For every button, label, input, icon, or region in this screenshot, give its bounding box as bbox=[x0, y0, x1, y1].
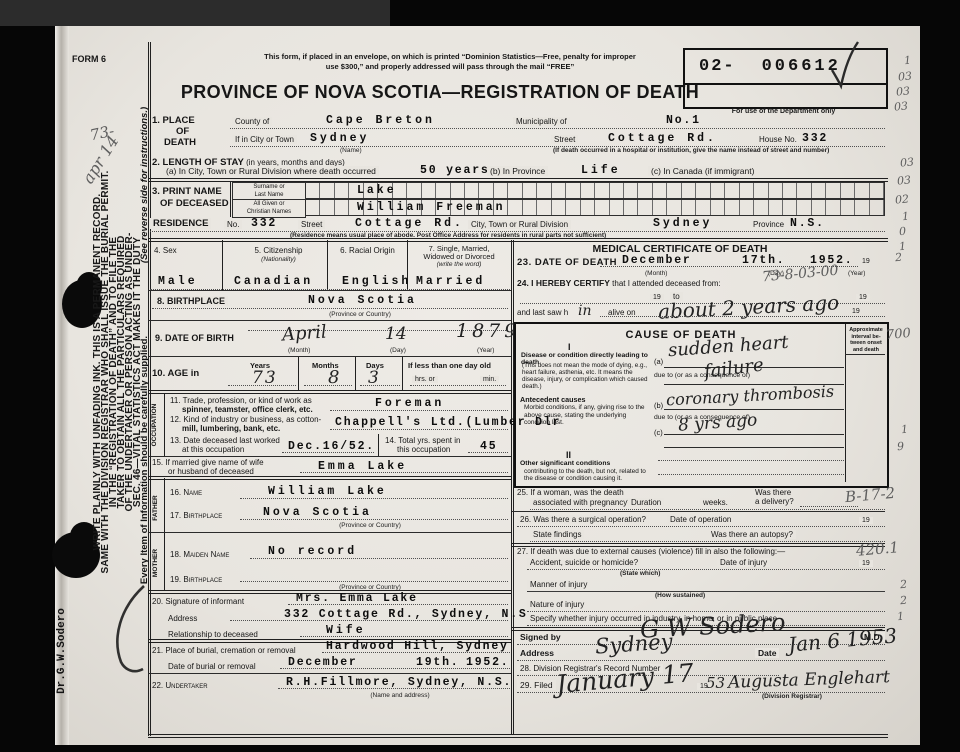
cause-b-hw: coronary thrombosis bbox=[666, 382, 835, 410]
cause-c-hw: 8 yrs ago bbox=[677, 410, 758, 435]
s1-label2: OF bbox=[176, 126, 189, 137]
divider bbox=[298, 357, 299, 390]
rule bbox=[148, 456, 511, 457]
residence-division-label: City, Town or Rural Division bbox=[468, 220, 571, 229]
findings-label: State findings bbox=[530, 530, 584, 539]
line bbox=[278, 688, 510, 689]
surname-value: Lake bbox=[357, 184, 397, 197]
printed-19: 19 bbox=[859, 560, 873, 567]
form-title: PROVINCE OF NOVA SCOTIA—REGISTRATION OF … bbox=[168, 82, 712, 103]
manner-label: Manner of injury bbox=[527, 580, 590, 589]
printed-19: 19 bbox=[859, 517, 873, 524]
line bbox=[230, 620, 508, 621]
line bbox=[228, 385, 296, 386]
signed-address-label: Address bbox=[517, 648, 557, 658]
street-label: Street bbox=[551, 135, 578, 144]
min-label: min. bbox=[480, 376, 499, 383]
s11-label1: 11. Trade, profession, or kind of work a… bbox=[170, 396, 312, 405]
sex-value: Male bbox=[158, 275, 198, 288]
weeks-label: weeks. bbox=[700, 498, 731, 507]
disease-note: (This does not mean the mode of dying, e… bbox=[522, 362, 650, 390]
operation-label: 26. Was there a surgical operation? bbox=[517, 515, 649, 524]
last-saw-label: and last saw h bbox=[517, 308, 568, 317]
s1-row-county: County of Cape Breton Municipality of No… bbox=[230, 112, 885, 129]
interval-header1: Approximate bbox=[846, 327, 886, 334]
s11-label2: spinner, teamster, office clerk, etc. bbox=[182, 405, 313, 414]
printed-19: 19 bbox=[862, 258, 870, 265]
surname-label2: Last Name bbox=[233, 191, 305, 199]
margin-annotation: 1 bbox=[903, 54, 911, 68]
line bbox=[300, 636, 508, 637]
residence-label: RESIDENCE bbox=[150, 218, 211, 229]
name-caption: (Name) bbox=[340, 147, 362, 154]
rule bbox=[148, 532, 511, 533]
margin-annotation: 1 bbox=[901, 210, 909, 224]
rule bbox=[148, 673, 511, 674]
line bbox=[240, 498, 508, 499]
s13-label1: 13. Date deceased last worked bbox=[170, 436, 280, 445]
line bbox=[250, 558, 508, 559]
racial-origin-label: 6. Racial Origin bbox=[330, 246, 405, 255]
registration-number-prefix: 02- bbox=[699, 57, 736, 76]
other-label: Other significant conditions bbox=[520, 460, 610, 467]
s3-label1: 3. PRINT NAME bbox=[152, 186, 222, 197]
accident-row: Accident, suicide or homicide? Date of i… bbox=[527, 556, 885, 570]
due-to-hw1: failure bbox=[703, 354, 765, 382]
relationship-label: Relationship to deceased bbox=[168, 630, 258, 639]
filed-label: 29. Filed bbox=[517, 680, 556, 690]
birthplace-row: 8. BIRTHPLACE Nova Scotia bbox=[152, 294, 508, 309]
autopsy-label: Was there an autopsy? bbox=[708, 530, 796, 539]
divider bbox=[230, 181, 231, 217]
city-label: If in City or Town bbox=[232, 135, 297, 144]
occupation-value: Foreman bbox=[375, 397, 444, 410]
certify-label-bold: 24. I HEREBY CERTIFY bbox=[517, 278, 610, 288]
father-birthplace-caption: (Province or Country) bbox=[310, 522, 430, 529]
father-name-value: William Lake bbox=[268, 485, 387, 498]
line bbox=[280, 668, 510, 669]
line bbox=[322, 652, 510, 653]
birth-month-hw: April bbox=[281, 321, 327, 345]
birthplace-label: 8. BIRTHPLACE bbox=[154, 296, 228, 306]
citizenship-label: 5. Citizenship bbox=[232, 246, 325, 255]
delivery-label1: Was there bbox=[755, 488, 791, 497]
s13-label2: at this occupation bbox=[182, 445, 244, 454]
city-value: Sydney bbox=[310, 132, 369, 145]
line bbox=[330, 429, 508, 430]
form-number: FORM 6 bbox=[72, 54, 106, 64]
marital-caption: (write the word) bbox=[409, 261, 509, 268]
county-value: Cape Breton bbox=[326, 114, 435, 127]
line bbox=[240, 519, 508, 520]
month-caption: (Month) bbox=[288, 347, 310, 354]
margin-annotation: 0 bbox=[898, 225, 906, 239]
birth-day-hw: 14 bbox=[385, 324, 407, 344]
signed-by-label: Signed by bbox=[517, 632, 564, 642]
operation-date-label: Date of operation bbox=[667, 515, 734, 524]
nature-label: Nature of injury bbox=[527, 600, 587, 609]
burial-place-label: 21. Place of burial, cremation or remova… bbox=[152, 646, 296, 655]
mother-birthplace-label: 19. Birthplace bbox=[170, 575, 222, 584]
row-4-7-values: Male Canadian English Married bbox=[150, 274, 510, 290]
form-bottom-border bbox=[148, 734, 888, 738]
s14-label1: 14. Total yrs. spent in bbox=[385, 436, 460, 445]
informant-label: 20. Signature of informant bbox=[152, 597, 244, 606]
interval-header4: and death bbox=[846, 347, 886, 354]
margin-annotation: 2 bbox=[899, 594, 907, 608]
racial-origin-value: English bbox=[342, 275, 411, 288]
pregnancy-row: associated with pregnancy? Duration week… bbox=[530, 496, 885, 510]
interval-header3: tween onset bbox=[846, 340, 886, 347]
roman-two: II bbox=[566, 450, 571, 460]
father-side-label: FATHER bbox=[152, 485, 162, 531]
manner-row: Manner of injury bbox=[527, 578, 885, 592]
filed-year-hw: 53 bbox=[706, 674, 725, 692]
date-injury-label: Date of injury bbox=[717, 558, 770, 567]
line bbox=[240, 581, 508, 582]
roman-one: I bbox=[568, 342, 571, 352]
residence-division-value: Sydney bbox=[653, 217, 712, 230]
printed-19: 19 bbox=[852, 308, 860, 315]
street-value: Cottage Rd. bbox=[608, 132, 717, 145]
duration-label: Duration bbox=[628, 498, 664, 507]
s2-row: (a) In City, Town or Rural Division wher… bbox=[163, 164, 885, 179]
undertaker-label: 22. Undertaker bbox=[152, 681, 208, 690]
residence-no-label: No. bbox=[224, 220, 242, 229]
birthplace-value: Nova Scotia bbox=[308, 294, 417, 307]
line bbox=[800, 506, 858, 507]
divider bbox=[378, 434, 379, 457]
line bbox=[664, 434, 844, 435]
line bbox=[330, 410, 508, 411]
other-note: contributing to the death, but not, rela… bbox=[524, 468, 650, 482]
rule bbox=[148, 356, 511, 357]
mail-notice-line1: This form, if placed in an envelope, on … bbox=[190, 52, 710, 61]
s1-label3: DEATH bbox=[164, 137, 196, 148]
margin-annotation: 03 bbox=[895, 84, 910, 98]
rule bbox=[845, 354, 885, 355]
checkmark bbox=[826, 38, 862, 92]
margin-annotation: 700 bbox=[885, 326, 911, 343]
mother-maiden-value: No record bbox=[268, 545, 357, 558]
cause-a-label: (a) bbox=[654, 357, 663, 366]
hrs-label: hrs. or bbox=[412, 376, 438, 383]
date-of-birth-label: 9. DATE OF BIRTH bbox=[155, 333, 234, 343]
line bbox=[300, 472, 508, 473]
printed-19: 19 bbox=[856, 294, 870, 301]
pen-stroke bbox=[108, 582, 152, 678]
cause-b-label: (b) bbox=[654, 401, 663, 410]
scanned-death-registration: FORM 6 73- apr 14 WRITE PLAINLY WITH UNF… bbox=[0, 0, 960, 752]
s14-label2: this occupation bbox=[397, 445, 450, 454]
citizenship-value: Canadian bbox=[234, 275, 313, 288]
s15-label2: or husband of deceased bbox=[168, 467, 254, 476]
cause-c-label: (c) bbox=[654, 428, 663, 437]
divider bbox=[164, 478, 165, 590]
residence-street-label: Street bbox=[298, 220, 325, 229]
operation-row: 26. Was there a surgical operation? Date… bbox=[517, 513, 885, 527]
stay-canada-label: (c) In Canada (if immigrant) bbox=[648, 166, 757, 176]
line bbox=[658, 474, 844, 475]
margin-annotation: 1 bbox=[900, 423, 908, 437]
accident-label: Accident, suicide or homicide? bbox=[527, 558, 641, 567]
s1-row-city: If in City or Town Sydney Street Cottage… bbox=[230, 130, 885, 147]
father-birthplace-label: 17. Birthplace bbox=[170, 511, 222, 520]
less-than-day-label: If less than one day old bbox=[408, 361, 491, 370]
s15-label1: 15. If married give name of wife bbox=[152, 458, 264, 467]
rule bbox=[512, 511, 885, 512]
birthplace-caption: (Province or Country) bbox=[300, 311, 420, 318]
scan-artifact bbox=[0, 0, 390, 26]
statute-sidebar-text: WRITE PLAINLY WITH UNFADING INK. THIS IS… bbox=[94, 112, 142, 632]
marital-value: Married bbox=[416, 275, 485, 288]
margin-annotation: 02 bbox=[894, 192, 909, 206]
last-saw-him-hw: in bbox=[578, 303, 592, 319]
form-left-border bbox=[148, 42, 151, 736]
cause-of-death-box: Approximate interval be- tween onset and… bbox=[514, 322, 889, 488]
given-label1: All Given or bbox=[233, 200, 305, 208]
mother-maiden-label: 18. Maiden Name bbox=[170, 550, 229, 559]
line bbox=[664, 447, 844, 448]
given-names-value: William Freeman bbox=[357, 201, 506, 214]
hrs-min-row: hrs. or min. bbox=[410, 372, 506, 386]
given-label2: Christian Names bbox=[233, 208, 305, 216]
division-registrar-caption: (Division Registrar) bbox=[762, 693, 822, 700]
residence-no-value: 332 bbox=[251, 217, 277, 230]
line bbox=[360, 385, 400, 386]
county-label: County of bbox=[232, 117, 272, 126]
father-birthplace-value: Nova Scotia bbox=[263, 506, 372, 519]
house-no-value: 332 bbox=[802, 132, 828, 145]
informant-address-label: Address bbox=[168, 614, 197, 623]
line bbox=[468, 452, 508, 453]
surname-label1: Surname or bbox=[233, 183, 305, 191]
certify-label: that I attended deceased from: bbox=[612, 279, 721, 288]
stay-city-label: (a) In City, Town or Rural Division wher… bbox=[163, 166, 379, 176]
residence-province-value: N.S. bbox=[790, 217, 825, 230]
residence-province-label: Province bbox=[750, 220, 787, 229]
s25-label2: associated with pregnancy? bbox=[530, 498, 635, 507]
rule bbox=[148, 290, 511, 291]
year-caption: (Year) bbox=[477, 347, 494, 354]
residence-street-value: Cottage Rd. bbox=[355, 217, 464, 230]
signed-date-label: Date bbox=[755, 648, 779, 658]
marital-label2: Widowed or Divorced bbox=[409, 252, 509, 261]
residence-row: RESIDENCE No. 332 Street Cottage Rd. Cit… bbox=[150, 216, 885, 232]
birth-year-hw: 1879 bbox=[456, 320, 520, 342]
occupation-side-label: OCCUPATION bbox=[151, 395, 161, 455]
line bbox=[304, 385, 352, 386]
s3-label2: OF DECEASED bbox=[160, 198, 229, 209]
s12-label1: 12. Kind of industry or business, as cot… bbox=[170, 415, 321, 424]
line bbox=[288, 604, 508, 605]
line bbox=[282, 452, 374, 453]
margin-annotation: 2 bbox=[894, 251, 902, 265]
sex-label: 4. Sex bbox=[154, 246, 177, 255]
margin-annotation: 03 bbox=[893, 99, 908, 113]
line bbox=[600, 316, 885, 317]
antecedent-label: Antecedent causes bbox=[520, 395, 586, 404]
municipality-value: No.1 bbox=[666, 114, 701, 127]
external-causes-label: 27. If death was due to external causes … bbox=[517, 547, 785, 556]
nationality-caption: (Nationality) bbox=[232, 256, 325, 263]
s1-label1: 1. PLACE bbox=[152, 115, 195, 126]
divider bbox=[164, 393, 165, 456]
municipality-label: Municipality of bbox=[513, 117, 570, 126]
name-label-box: Surname or Last Name All Given or Christ… bbox=[232, 182, 306, 218]
year-caption: (Year) bbox=[848, 270, 865, 277]
margin-annotation: 420.1 bbox=[855, 538, 899, 560]
mother-side-label: MOTHER bbox=[152, 539, 162, 587]
stay-province-value: Life bbox=[581, 164, 621, 177]
divider bbox=[402, 357, 403, 390]
findings-row: State findings Was there an autopsy? bbox=[530, 528, 885, 542]
rule bbox=[148, 238, 888, 242]
rule bbox=[148, 476, 511, 480]
divider bbox=[355, 357, 356, 390]
burial-date-label: Date of burial or removal bbox=[168, 662, 256, 671]
stay-province-label: (b) In Province bbox=[487, 166, 548, 176]
undertaker-caption: (Name and address) bbox=[330, 692, 470, 699]
house-no-label: House No. bbox=[756, 135, 800, 144]
state-which-caption: (State which) bbox=[620, 570, 660, 577]
s12-label2: mill, lumbering, bank, etc. bbox=[182, 424, 280, 433]
mail-notice-line2: use $300,” and properly addressed will p… bbox=[190, 62, 710, 71]
month-caption: (Month) bbox=[645, 270, 667, 277]
line bbox=[658, 460, 844, 461]
margin-annotation: 9 bbox=[896, 440, 904, 454]
nature-row: Nature of injury bbox=[527, 598, 885, 612]
margin-annotation: 1 bbox=[896, 610, 904, 624]
day-caption: (Day) bbox=[390, 347, 406, 354]
stay-city-value: 50 years bbox=[420, 164, 490, 177]
father-name-label: 16. Name bbox=[170, 488, 202, 497]
delivery-label2: a delivery? bbox=[755, 497, 794, 506]
margin-annotation: 03 bbox=[899, 155, 914, 169]
rule bbox=[148, 390, 511, 394]
age-label: 10. AGE in bbox=[152, 368, 199, 379]
margin-annotation: 2 bbox=[899, 578, 907, 592]
hospital-caption: (If death occurred in a hospital or inst… bbox=[553, 147, 829, 154]
margin-annotation: 03 bbox=[896, 173, 911, 187]
margin-annotation: 03 bbox=[897, 69, 912, 83]
antecedent-note: Morbid conditions, if any, giving rise t… bbox=[524, 404, 650, 427]
doctor-name-vertical: Dr.G.W.Sodero bbox=[56, 586, 68, 716]
